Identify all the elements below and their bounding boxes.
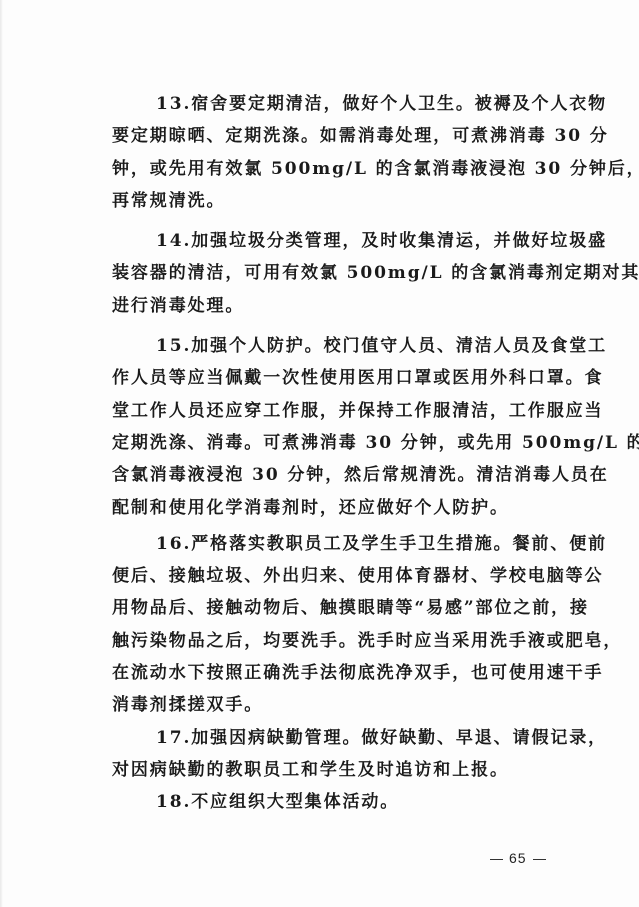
text-line: 14.加强垃圾分类管理，及时收集清运，并做好垃圾盛 xyxy=(112,225,536,257)
text-line: 要定期晾晒、定期洗涤。如需消毒处理，可煮沸消毒 30 分 xyxy=(112,120,536,152)
paragraph-17: 17.加强因病缺勤管理。做好缺勤、早退、请假记录， 对因病缺勤的教职员工和学生及… xyxy=(112,722,536,787)
paragraph-18: 18.不应组织大型集体活动。 xyxy=(112,786,536,818)
text-line: 在流动水下按照正确洗手法彻底洗净双手，也可使用速干手 xyxy=(112,657,536,689)
text-line: 便后、接触垃圾、外出归来、使用体育器材、学校电脑等公 xyxy=(112,560,536,592)
text-line: 作人员等应当佩戴一次性使用医用口罩或医用外科口罩。食 xyxy=(112,362,536,394)
text-line: 再常规清洗。 xyxy=(112,185,536,217)
paragraph-15: 15.加强个人防护。校门值守人员、清洁人员及食堂工 作人员等应当佩戴一次性使用医… xyxy=(112,330,536,524)
text-line: 堂工作人员还应穿工作服，并保持工作服清洁，工作服应当 xyxy=(112,395,536,427)
page-number-value: 65 xyxy=(509,850,527,866)
text-line: 18.不应组织大型集体活动。 xyxy=(112,786,536,818)
paragraph-14: 14.加强垃圾分类管理，及时收集清运，并做好垃圾盛 装容器的清洁，可用有效氯 5… xyxy=(112,225,536,322)
text-line: 钟，或先用有效氯 500mg/L 的含氯消毒液浸泡 30 分钟后， xyxy=(112,153,536,185)
dash-right xyxy=(533,859,546,860)
text-line: 17.加强因病缺勤管理。做好缺勤、早退、请假记录， xyxy=(112,722,536,754)
text-line: 13.宿舍要定期清洁，做好个人卫生。被褥及个人衣物 xyxy=(112,88,536,120)
dash-left xyxy=(490,859,503,860)
text-line: 15.加强个人防护。校门值守人员、清洁人员及食堂工 xyxy=(112,330,536,362)
paragraph-13: 13.宿舍要定期清洁，做好个人卫生。被褥及个人衣物 要定期晾晒、定期洗涤。如需消… xyxy=(112,88,536,217)
text-line: 触污染物品之后，均要洗手。洗手时应当采用洗手液或肥皂， xyxy=(112,625,536,657)
text-line: 配制和使用化学消毒剂时，还应做好个人防护。 xyxy=(112,492,536,524)
text-line: 对因病缺勤的教职员工和学生及时追访和上报。 xyxy=(112,754,536,786)
document-body: 13.宿舍要定期清洁，做好个人卫生。被褥及个人衣物 要定期晾晒、定期洗涤。如需消… xyxy=(112,88,536,819)
text-line: 进行消毒处理。 xyxy=(112,290,536,322)
text-line: 装容器的清洁，可用有效氯 500mg/L 的含氯消毒剂定期对其 xyxy=(112,257,536,289)
scan-edge xyxy=(0,0,3,907)
text-line: 定期洗涤、消毒。可煮沸消毒 30 分钟，或先用 500mg/L 的 xyxy=(112,427,536,459)
text-line: 用物品后、接触动物后、触摸眼睛等“易感”部位之前，接 xyxy=(112,592,536,624)
document-page: 13.宿舍要定期清洁，做好个人卫生。被褥及个人衣物 要定期晾晒、定期洗涤。如需消… xyxy=(0,0,639,907)
text-line: 消毒剂揉搓双手。 xyxy=(112,689,536,721)
page-number: 65 xyxy=(484,850,552,866)
paragraph-16: 16.严格落实教职员工及学生手卫生措施。餐前、便前 便后、接触垃圾、外出归来、使… xyxy=(112,528,536,722)
text-line: 含氯消毒液浸泡 30 分钟，然后常规清洗。清洁消毒人员在 xyxy=(112,459,536,491)
text-line: 16.严格落实教职员工及学生手卫生措施。餐前、便前 xyxy=(112,528,536,560)
